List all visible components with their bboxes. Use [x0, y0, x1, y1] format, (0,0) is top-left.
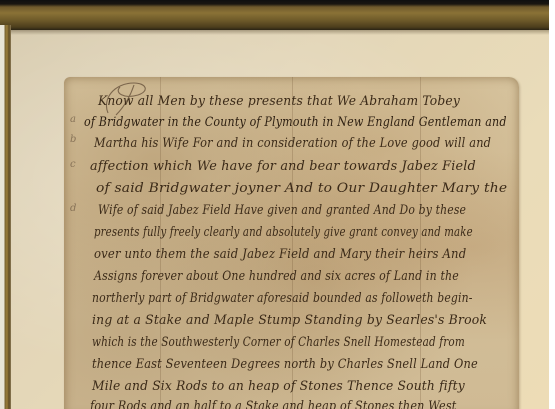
deed-line-15: four Rods and an half to a Stake and hea… [90, 399, 456, 409]
frame-shadow [11, 30, 549, 35]
deed-line-6: Wife of said Jabez Field Have given and … [98, 203, 466, 218]
deed-line-7: presents fully freely clearly and absolu… [94, 225, 473, 240]
deed-line-8: over unto them the said Jabez Field and … [94, 247, 466, 262]
margin-note: b [70, 134, 76, 145]
parchment-deed: a b c d Know all Men by these presents t… [64, 77, 519, 409]
image-edge [549, 0, 555, 409]
margin-note: d [70, 203, 76, 214]
handwritten-text: a b c d Know all Men by these presents t… [64, 77, 519, 409]
deed-line-10: northerly part of Bridgwater aforesaid b… [92, 291, 473, 306]
deed-line-3: Martha his Wife For and in consideration… [94, 136, 491, 151]
deed-line-1: Know all Men by these presents that We A… [98, 94, 460, 109]
deed-line-9: Assigns forever about One hundred and si… [94, 269, 459, 284]
margin-note: c [70, 159, 76, 170]
picture-frame-top [0, 0, 549, 30]
deed-line-12: which is the Southwesterly Corner of Cha… [92, 335, 465, 350]
deed-line-11: ing at a Stake and Maple Stump Standing … [92, 313, 487, 328]
deed-line-2: of Bridgwater in the County of Plymouth … [84, 115, 507, 130]
picture-frame-left [0, 25, 11, 409]
deed-line-5: of said Bridgwater joyner And to Our Dau… [96, 181, 507, 196]
deed-line-14: Mile and Six Rods to an heap of Stones T… [92, 379, 465, 394]
margin-note: a [70, 114, 76, 125]
deed-line-4: affection which We have for and bear tow… [90, 159, 476, 174]
deed-line-13: thence East Seventeen Degrees north by C… [92, 357, 478, 372]
